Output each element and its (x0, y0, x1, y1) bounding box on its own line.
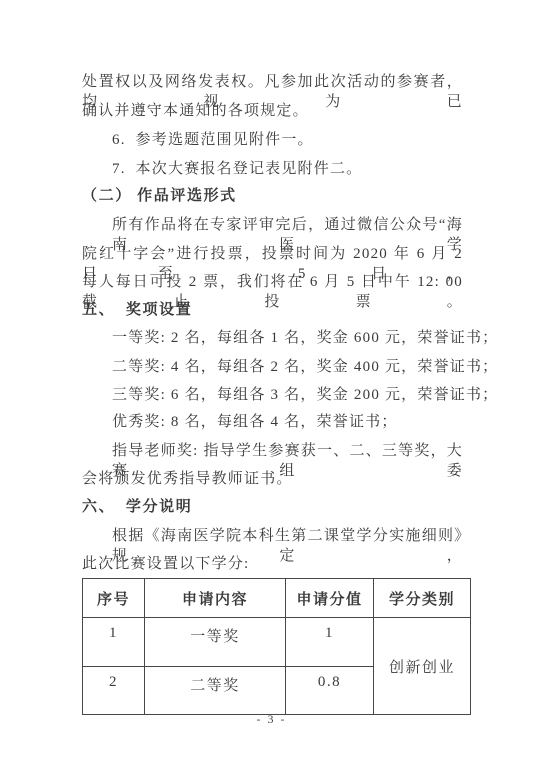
numbered-item-7: 7. 本次大赛报名登记表见附件二。 (112, 159, 362, 179)
award-first-prize: 一等奖: 2 名，每组各 1 名，奖金 600 元，荣誉证书； (112, 328, 498, 348)
cell-row2-no: 2 (83, 667, 145, 715)
paragraph-continuation-line-2: 确认并遵守本通知的各项规定。 (82, 101, 309, 121)
credits-table-header-row: 序号 申请内容 申请分值 学分类别 (83, 579, 471, 618)
table-row: 1 一等奖 1 创新创业 (83, 618, 471, 667)
section-heading-awards: 五、 奖项设置 (82, 300, 192, 320)
numbered-item-6: 6. 参考选题范围见附件一。 (112, 130, 314, 150)
cell-row1-no: 1 (83, 618, 145, 667)
header-cell-application-content: 申请内容 (145, 579, 286, 618)
award-third-prize: 三等奖: 6 名，每组各 3 名，奖金 200 元，荣誉证书； (112, 385, 498, 405)
cell-row2-content: 二等奖 (145, 667, 286, 715)
section-heading-evaluation-format: （二） 作品评选形式 (82, 186, 237, 206)
header-cell-serial-number: 序号 (83, 579, 145, 618)
credits-paragraph-line-2: 此次比赛设置以下学分: (82, 554, 249, 574)
cell-row1-content: 一等奖 (145, 618, 286, 667)
award-second-prize: 二等奖: 4 名，每组各 2 名，奖金 400 元，荣誉证书； (112, 357, 498, 377)
section-heading-credits: 六、 学分说明 (82, 497, 192, 517)
page-number: - 3 - (0, 712, 543, 727)
cell-row1-score: 1 (286, 618, 374, 667)
document-page: 处置权以及网络发表权。凡参加此次活动的参赛者，均视为已 确认并遵守本通知的各项规… (0, 0, 543, 768)
header-cell-application-score: 申请分值 (286, 579, 374, 618)
award-excellence-prize: 优秀奖: 8 名，每组各 4 名，荣誉证书； (112, 412, 398, 432)
credits-table: 序号 申请内容 申请分值 学分类别 1 一等奖 1 创新创业 2 二等奖 0.8 (82, 578, 471, 715)
cell-row2-score: 0.8 (286, 667, 374, 715)
header-cell-credit-category: 学分类别 (374, 579, 471, 618)
mentor-award-line-2: 会将颁发优秀指导教师证书。 (82, 469, 293, 489)
cell-credit-category: 创新创业 (374, 618, 471, 715)
